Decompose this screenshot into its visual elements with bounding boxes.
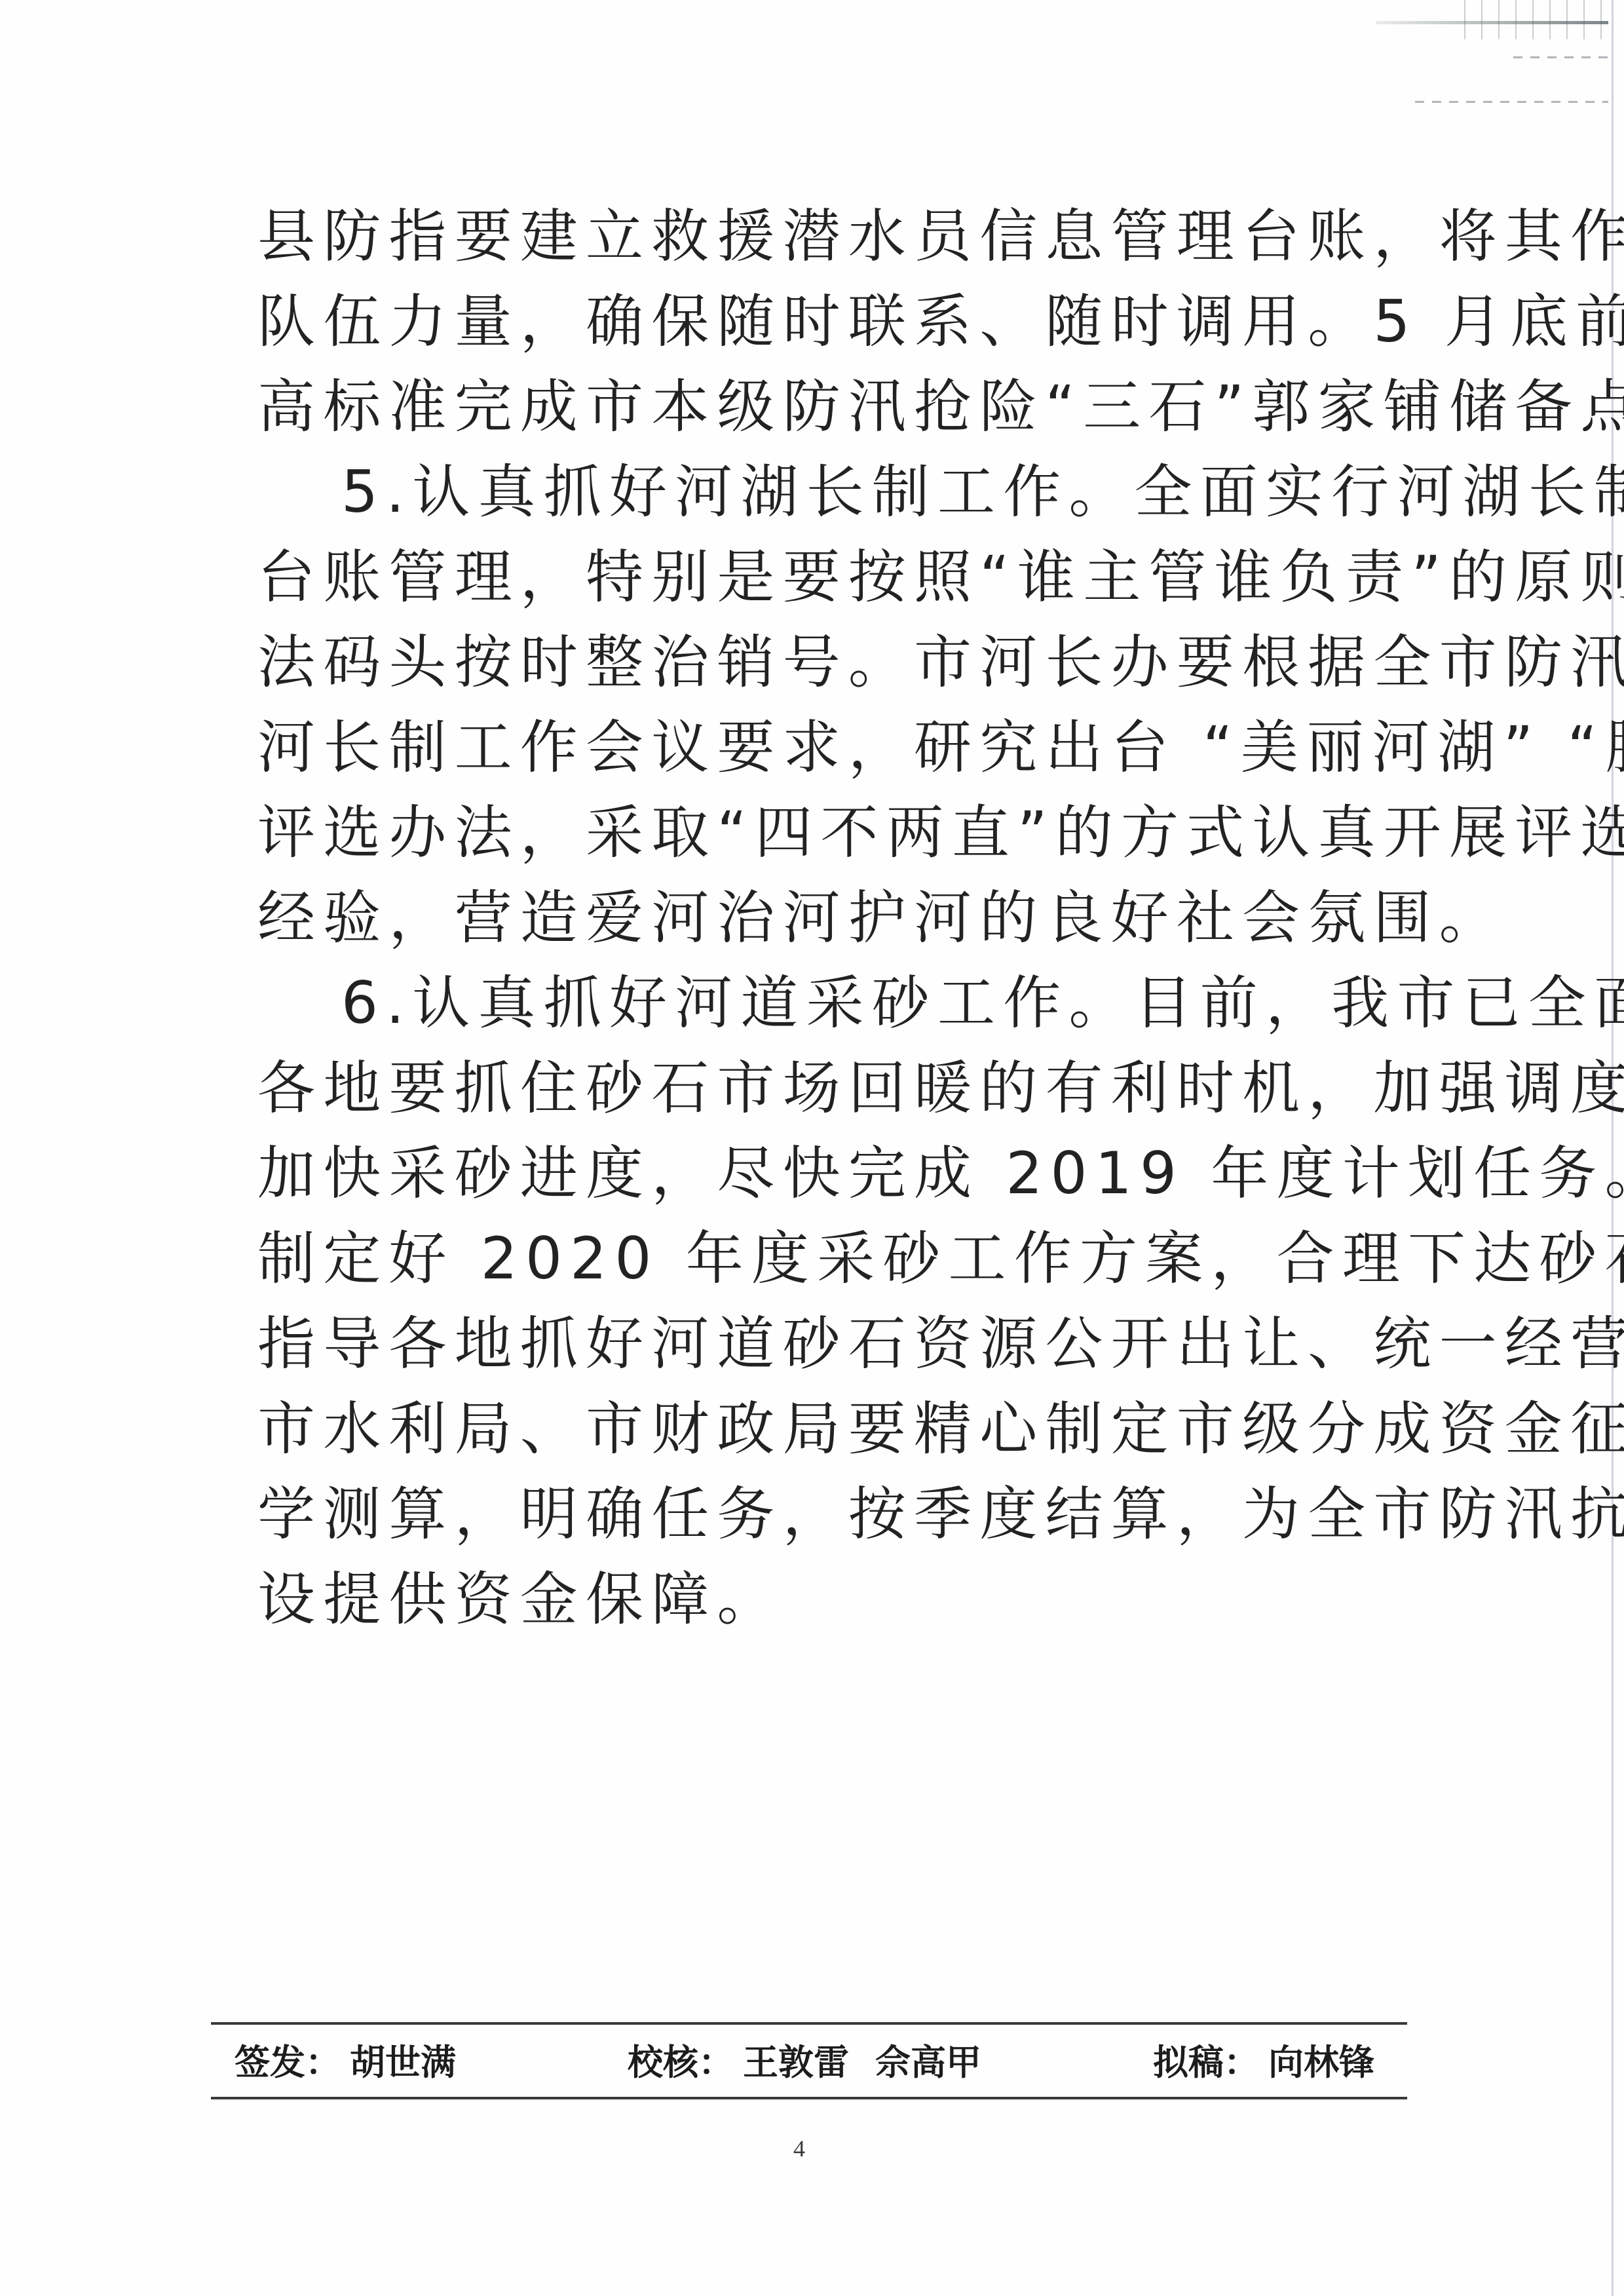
drafter-field: 拟稿：向林锋 [1153,2039,1374,2085]
body-line: 评选办法，采取“四不两直”的方式认真开展评选，形成典型 [257,805,1374,890]
body-line: 各地要抓住砂石市场回暖的有利时机，加强调度，强化责任， [257,1060,1374,1145]
footer-bottom-rule [211,2097,1407,2099]
page-number: 4 [780,2135,819,2162]
drafter-separator: ： [1224,2041,1259,2083]
drafter-label: 拟稿 [1153,2041,1224,2083]
issuer-name: 胡世满 [350,2041,456,2083]
body-line: 指导各地抓好河道砂石资源公开出让、统一经营管理工作。 [257,1316,1374,1401]
body-line: 县防指要建立救援潜水员信息管理台账，将其作为应急抢险 [257,208,1374,294]
body-line: 河长制工作会议要求，研究出台 “美丽河湖” “脏乱河湖” [257,719,1374,805]
body-line: 经验，营造爱河治河护河的良好社会氛围。 [257,890,1374,975]
footer-top-rule [211,2022,1407,2025]
drafter-name: 向林锋 [1268,2041,1374,2083]
issuer-field: 签发：胡世满 [235,2039,456,2085]
reviewer-name-2: 佘高甲 [875,2041,981,2083]
reviewer-name-1: 王敦雷 [743,2041,849,2083]
issuer-separator: ： [305,2041,341,2083]
body-line: 队伍力量，确保随时联系、随时调用。5 月底前，要高质量 [257,294,1374,379]
issuer-label: 签发 [235,2041,305,2083]
section-6-heading-line: 6.认真抓好河道采砂工作。目前，我市已全面复工复产， [257,975,1374,1060]
scan-artifact-dash [1415,101,1608,103]
scan-artifact-dash [1513,56,1608,58]
scan-artifact-top-bar [1376,21,1608,24]
body-line: 高标准完成市本级防汛抢险“三石”郭家铺储备点建设任务。 [257,379,1374,464]
body-line: 加快采砂进度，尽快完成 2019 年度计划任务。市水利局要 [257,1145,1374,1231]
body-line: 制定好 2020 年度采砂工作方案，合理下达砂石开采计划， [257,1231,1374,1316]
reviewer-separator: ： [698,2041,734,2083]
body-line: 台账管理，特别是要按照“谁主管谁负责”的原则，对所有非 [257,549,1374,634]
body-line: 学测算，明确任务，按季度结算，为全市防汛抗旱、水利建 [257,1486,1374,1571]
document-body: 县防指要建立救援潜水员信息管理台账，将其作为应急抢险 队伍力量，确保随时联系、随… [257,208,1374,1656]
section-5-heading-line: 5.认真抓好河湖长制工作。全面实行河湖长制问题清单 [257,464,1374,549]
body-line: 市水利局、市财政局要精心制定市级分成资金征缴计划，科 [257,1401,1374,1486]
body-line: 设提供资金保障。 [257,1571,1374,1656]
reviewer-label: 校核 [628,2041,698,2083]
reviewer-field: 校核：王敦雷佘高甲 [628,2039,981,2085]
scan-artifact-ticks [1464,0,1608,39]
signature-block: 签发：胡世满 校核：王敦雷佘高甲 拟稿：向林锋 [235,2039,1378,2085]
body-line: 法码头按时整治销号。市河长办要根据全市防汛抗旱动员暨 [257,634,1374,719]
